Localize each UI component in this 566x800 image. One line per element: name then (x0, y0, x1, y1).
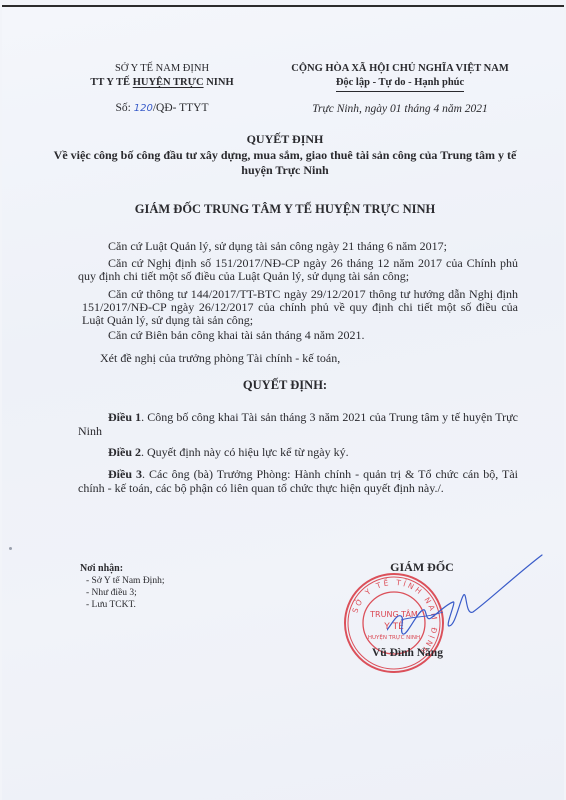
national-header: CỘNG HÒA XÃ HỘI CHỦ NGHĨA VIỆT NAM Độc l… (264, 62, 536, 92)
decision-heading: QUYẾT ĐỊNH: (2, 378, 566, 393)
recipients-label: Nơi nhận: (80, 563, 164, 575)
issuing-agency: SỞ Y TẾ NAM ĐỊNH TT Y TẾ HUYỆN TRỰC NINH (62, 62, 262, 90)
scan-speck (9, 547, 12, 550)
article-2: Điều 2. Quyết định này có hiệu lực kể từ… (78, 445, 518, 459)
recipient-item: - Sở Y tế Nam Định; (80, 575, 164, 587)
nation-name: CỘNG HÒA XÃ HỘI CHỦ NGHĨA VIỆT NAM (264, 62, 536, 76)
handwritten-signature (387, 552, 547, 642)
preamble-proposal: Xét đề nghị của trưởng phòng Tài chính -… (78, 352, 518, 365)
document-type: QUYẾT ĐỊNH (2, 132, 566, 147)
document-page: SỞ Y TẾ NAM ĐỊNH TT Y TẾ HUYỆN TRỰC NINH… (2, 5, 564, 800)
document-number: Số: 120/QĐ- TTYT (62, 102, 262, 114)
place-date: Trực Ninh, ngày 01 tháng 4 năm 2021 (264, 103, 536, 115)
document-subject: Về việc công bố công đầu tư xây dựng, mu… (42, 148, 528, 178)
preamble-item: Căn cứ thông tư 144/2017/TT-BTC ngày 29/… (82, 288, 518, 327)
parent-org: SỞ Y TẾ NAM ĐỊNH (62, 62, 262, 76)
issuing-authority: GIÁM ĐỐC TRUNG TÂM Y TẾ HUYỆN TRỰC NINH (2, 202, 566, 217)
recipient-item: - Như điều 3; (80, 587, 164, 599)
article-3: Điều 3. Các ông (bà) Trưởng Phòng: Hành … (78, 467, 518, 495)
issuing-org: TT Y TẾ HUYỆN TRỰC NINH (62, 76, 262, 90)
article-1: Điều 1. Công bố công khai Tài sản tháng … (78, 410, 518, 438)
recipients: Nơi nhận: - Sở Y tế Nam Định; - Như điều… (80, 563, 164, 611)
preamble-item: Căn cứ Nghị định số 151/2017/NĐ-CP ngày … (78, 257, 518, 283)
recipient-item: - Lưu TCKT. (80, 599, 164, 611)
signer-name: Vũ Đình Năng (372, 647, 443, 659)
preamble-item: Căn cứ Luật Quản lý, sử dụng tài sản côn… (78, 240, 518, 253)
preamble-item: Căn cứ Biên bản công khai tài sản tháng … (82, 329, 522, 342)
national-motto: Độc lập - Tự do - Hạnh phúc (336, 76, 464, 92)
handwritten-number: 120 (134, 103, 153, 114)
